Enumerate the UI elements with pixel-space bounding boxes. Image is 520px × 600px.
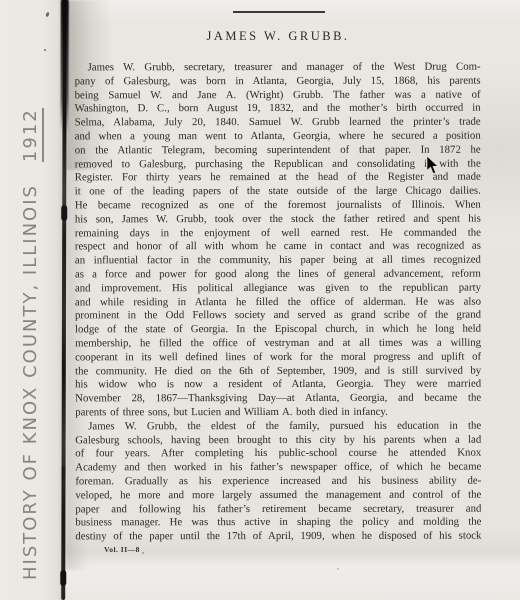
text-line: respect and honor of all with whom he ca… [75, 240, 481, 255]
text-line: membership, he filled the office of vest… [75, 337, 481, 352]
text-line: his son, James W. Grubb, took over the s… [75, 212, 481, 227]
text-line: James W. Grubb, the eldest of the family… [75, 419, 481, 434]
page-title: JAMES W. GRUBB. [75, 29, 481, 44]
text-line: on the Atlantic Telegram, becoming super… [75, 143, 481, 158]
text-line: the community. He died on the 6th of Sep… [75, 364, 481, 379]
text-line: lodge of the state of Georgia. In the Ep… [75, 323, 481, 338]
text-line: it one of the leading papers of the stat… [75, 185, 481, 200]
text-line: as a force and power for good along the … [75, 268, 481, 283]
text-line: parents of three sons, but Lucien and Wi… [75, 406, 481, 421]
text-line: Academy and then worked in his father’s … [75, 461, 481, 476]
text-line: and while residing in Atlanta he filled … [75, 295, 481, 310]
text-line: Washington, D. C., born August 19, 1832,… [75, 102, 481, 117]
text-line: November 28, 1867—Thanksgiving Day—at At… [75, 392, 481, 407]
ink-speck [337, 568, 339, 570]
text-line: veloped, he more and more largely assume… [75, 488, 481, 503]
volume-signature-mark: Vol. II—8 [104, 545, 140, 554]
text-line: remaining days in the enjoyment of well … [75, 226, 481, 241]
text-line: pany of Galesburg, was born in Atlanta, … [75, 74, 481, 89]
text-line: prominent in the Odd Fellows society and… [75, 309, 481, 324]
paragraph-1: James W. Grubb, secretary, treasurer and… [75, 61, 482, 420]
text-line: destiny of the paper until the 17th of A… [75, 530, 481, 545]
body-text: James W. Grubb, secretary, treasurer and… [75, 61, 482, 545]
marginalia-title: HISTORY OF KNOX COUNTY, ILLINOIS [20, 184, 41, 580]
text-line: He became recognized as one of the forem… [75, 199, 481, 214]
text-line: cooperant in its well defined lines of w… [75, 350, 481, 365]
text-line: Galesburg schools, having been brought t… [75, 433, 481, 448]
mouse-cursor-icon [426, 155, 439, 175]
ink-speck [142, 552, 144, 554]
text-line: foreman. Gradually as his experience inc… [75, 475, 481, 490]
paragraph-2: James W. Grubb, the eldest of the family… [75, 419, 481, 544]
text-line: his widow who is now a resident of Atlan… [75, 378, 481, 393]
text-line: paper and following his father’s retirem… [75, 502, 481, 517]
text-line: James W. Grubb, secretary, treasurer and… [75, 61, 481, 76]
text-line: and when a young man went to Atlanta, Ge… [75, 130, 481, 145]
handwritten-marginalia: HISTORY OF KNOX COUNTY, ILLINOIS1912 [20, 35, 41, 580]
text-line: business manager. He was thus active in … [75, 516, 481, 531]
title-rule-divider [233, 11, 325, 13]
marginalia-year: 1912 [20, 108, 44, 162]
ink-speck [44, 49, 46, 51]
text-line: of four years. After completing his publ… [75, 447, 481, 462]
text-line: Register. For thirty years he remained a… [75, 171, 481, 186]
text-line: an influential factor in the community, … [75, 254, 481, 269]
text-line: and improvement. His political allegianc… [75, 281, 481, 296]
text-line: being Samuel W. and Jane A. (Wright) Gru… [75, 88, 481, 103]
text-line: Selma, Alabama, July 20, 1840. Samuel W.… [75, 116, 481, 131]
text-line: removed to Galesburg, purchasing the Rep… [75, 157, 481, 172]
